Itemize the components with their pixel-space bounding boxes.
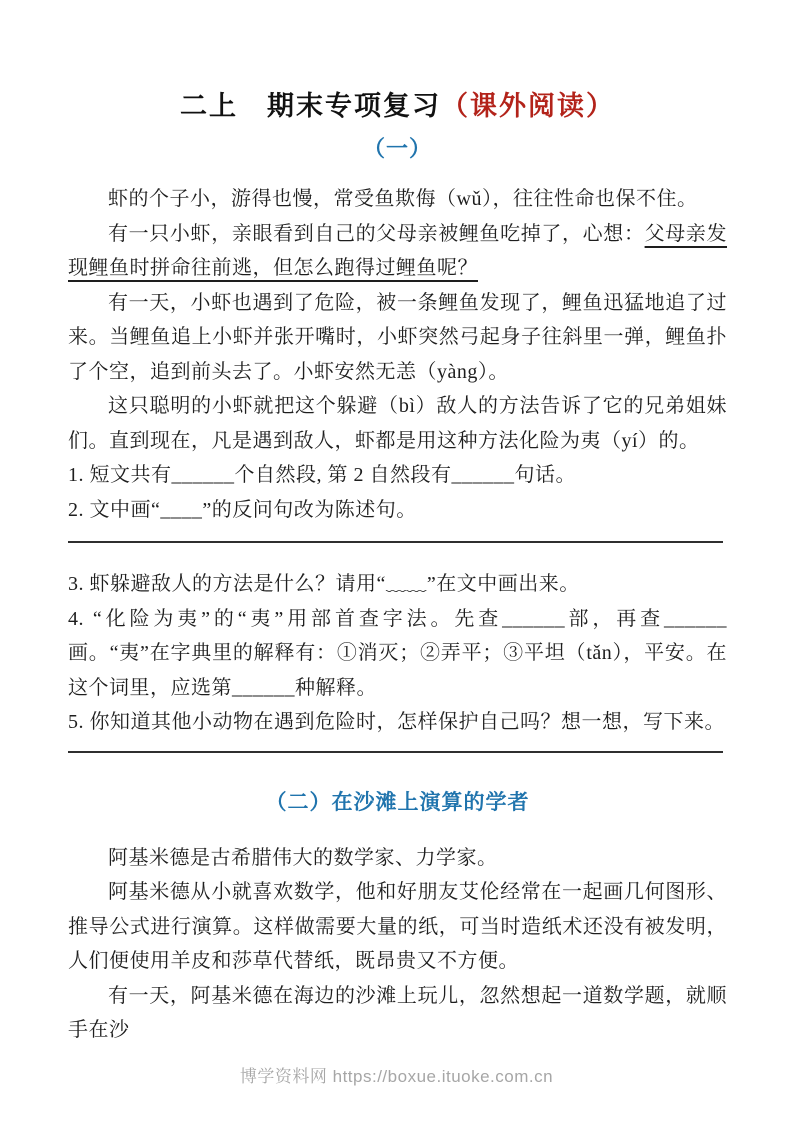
section1-questions: 1. 短文共有______个自然段, 第 2 自然段有______句话。 2. … <box>68 458 727 753</box>
section2-heading: （二）在沙滩上演算的学者 <box>68 787 727 817</box>
passage-paragraph-3: 有一天，小虾也遇到了危险，被一条鲤鱼发现了，鲤鱼迅猛地追了过来。当鲤鱼追上小虾并… <box>68 286 727 390</box>
passage2-paragraph-3: 有一天，阿基米德在海边的沙滩上玩儿，忽然想起一道数学题，就顺手在沙 <box>68 979 727 1048</box>
question-3: 3. 虾躲避敌人的方法是什么？请用“﹏﹏”在文中画出来。 <box>68 567 727 602</box>
passage2-paragraph-2: 阿基米德从小就喜欢数学，他和好朋友艾伦经常在一起画几何图形、推导公式进行演算。这… <box>68 875 727 979</box>
passage-paragraph-1: 虾的个子小，游得也慢，常受鱼欺侮（wǔ），往往性命也保不住。 <box>68 182 727 217</box>
section1-passage: 虾的个子小，游得也慢，常受鱼欺侮（wǔ），往往性命也保不住。 有一只小虾，亲眼看… <box>68 182 727 458</box>
section2-passage: 阿基米德是古希腊伟大的数学家、力学家。 阿基米德从小就喜欢数学，他和好朋友艾伦经… <box>68 841 727 1048</box>
passage-paragraph-4: 这只聪明的小虾就把这个躲避（bì）敌人的方法告诉了它的兄弟姐妹们。直到现在，凡是… <box>68 389 727 458</box>
question-2: 2. 文中画“____”的反问句改为陈述句。 <box>68 493 727 528</box>
question-1: 1. 短文共有______个自然段, 第 2 自然段有______句话。 <box>68 458 727 493</box>
passage-paragraph-2: 有一只小虾，亲眼看到自己的父母亲被鲤鱼吃掉了，心想：父母亲发现鲤鱼时拼命往前逃，… <box>68 217 727 286</box>
answer-writing-line-1 <box>68 541 723 543</box>
worksheet-page: 二上 期末专项复习（课外阅读） （一） 虾的个子小，游得也慢，常受鱼欺侮（wǔ）… <box>0 0 793 1122</box>
page-title: 二上 期末专项复习（课外阅读） <box>68 86 727 126</box>
answer-writing-line-2 <box>68 751 723 753</box>
footer-watermark: 博学资料网 https://boxue.ituoke.com.cn <box>0 1062 793 1087</box>
question-5: 5. 你知道其他小动物在遇到危险时，怎样保护自己吗？想一想，写下来。 <box>68 705 727 740</box>
section1-heading: （一） <box>68 134 727 164</box>
paragraph-2-plain-text: 有一只小虾，亲眼看到自己的父母亲被鲤鱼吃掉了，心想： <box>108 223 645 245</box>
question-4: 4. “化险为夷”的“夷”用部首查字法。先查______部，再查______画。… <box>68 602 727 706</box>
page-title-main: 二上 期末专项复习 <box>180 91 441 121</box>
page-title-highlight: （课外阅读） <box>441 91 615 121</box>
passage2-paragraph-1: 阿基米德是古希腊伟大的数学家、力学家。 <box>68 841 727 876</box>
